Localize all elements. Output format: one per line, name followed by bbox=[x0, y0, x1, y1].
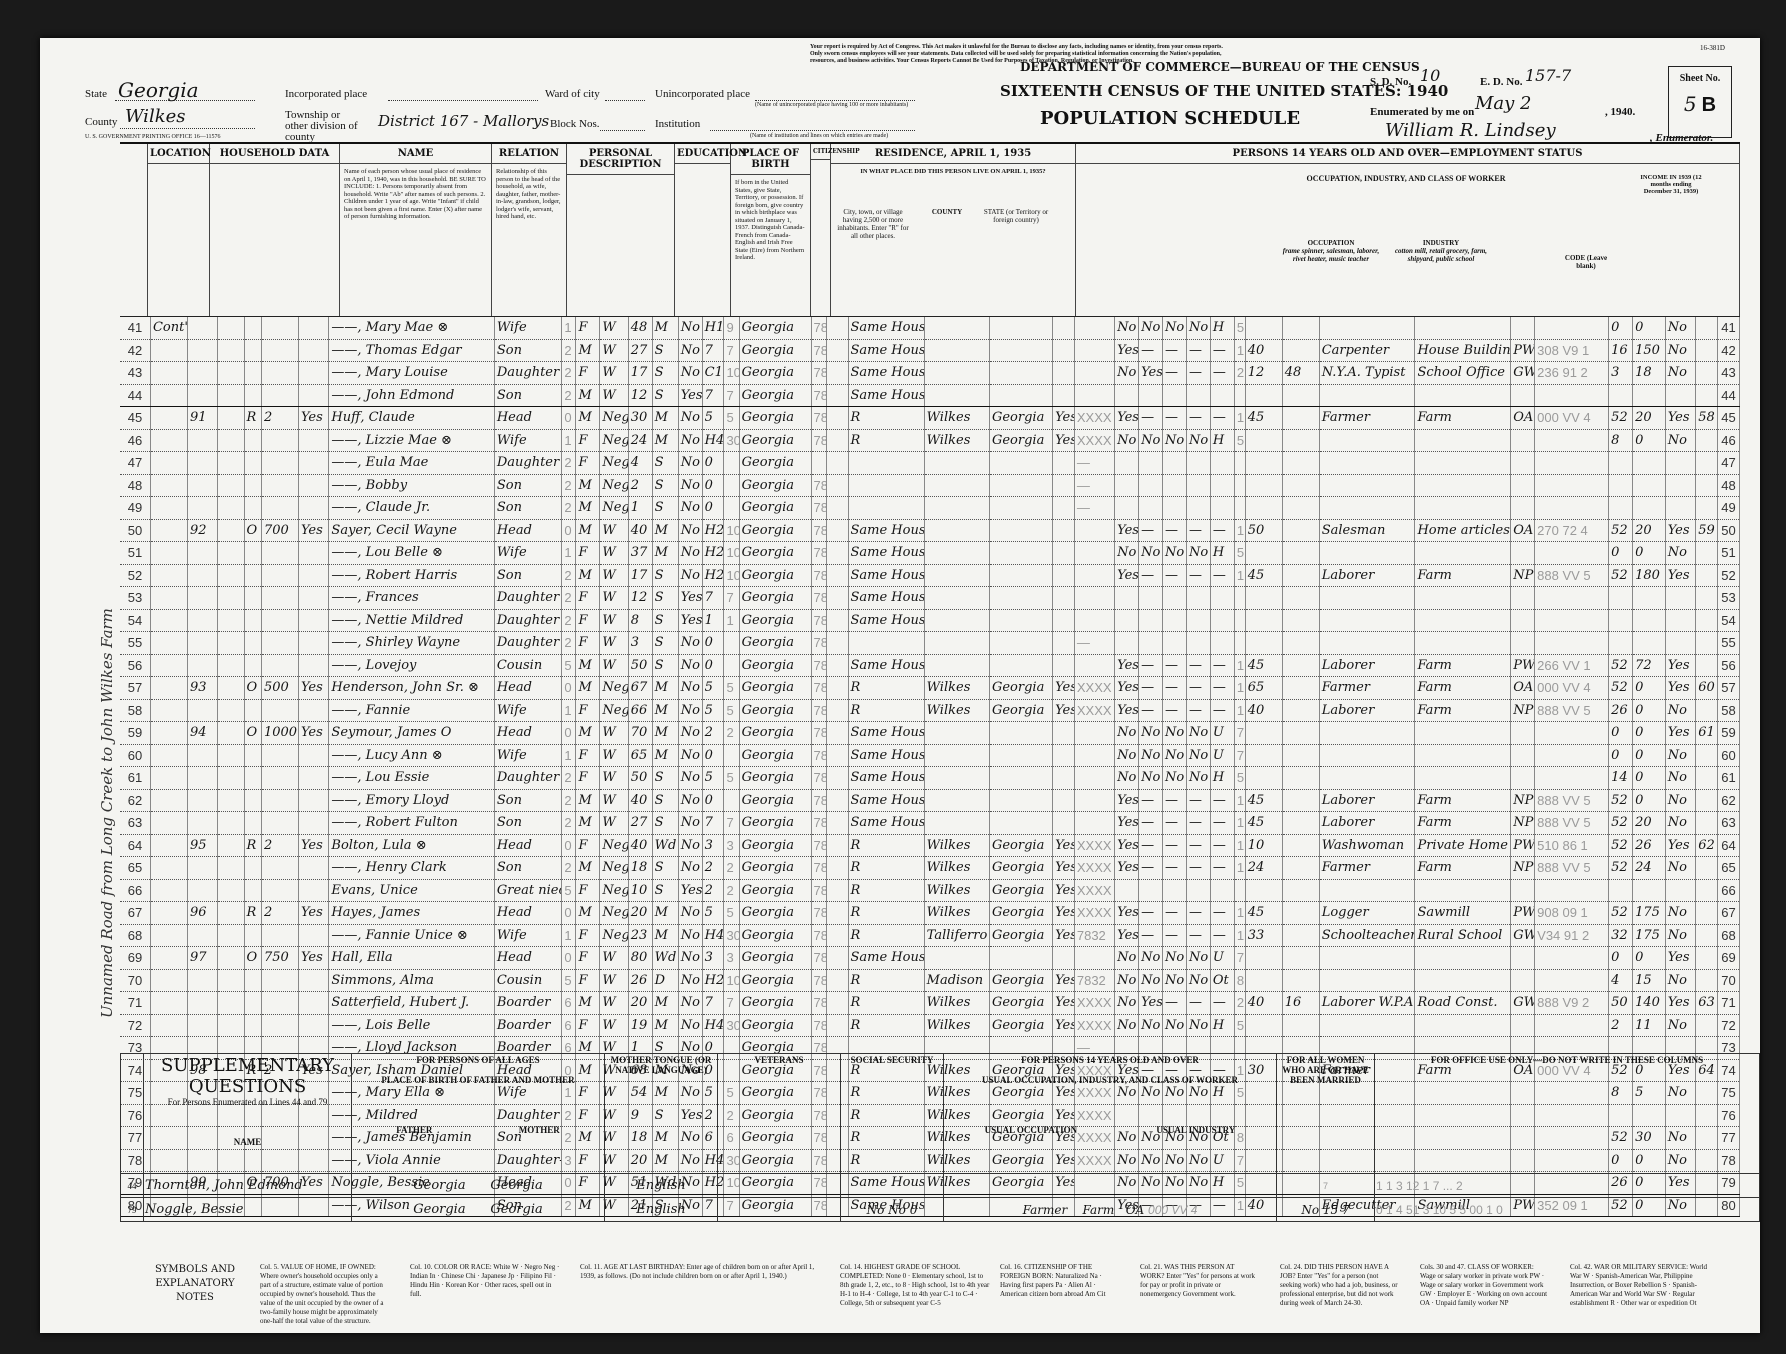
cell-a: 5 bbox=[562, 879, 576, 902]
cell-c33: No bbox=[1665, 1014, 1695, 1037]
cell-street bbox=[150, 992, 187, 1015]
cell-c31: 52 bbox=[1609, 857, 1633, 880]
cell-birth: Georgia bbox=[739, 564, 811, 587]
cell-c21: Yes bbox=[1115, 339, 1139, 362]
cell-cls bbox=[1511, 744, 1535, 767]
cell-birth: Georgia bbox=[739, 542, 811, 565]
cell-res_state bbox=[989, 317, 1052, 339]
cell-c22: No bbox=[1139, 317, 1163, 339]
cell-occ: Laborer bbox=[1319, 654, 1415, 677]
cell-res_county bbox=[924, 744, 989, 767]
cell-b: 9 bbox=[724, 317, 739, 339]
sheet-number: 5 bbox=[1684, 92, 1697, 116]
cell-race: W bbox=[600, 564, 628, 587]
sd-value: 10 bbox=[1420, 66, 1440, 85]
cell-c22: — bbox=[1139, 407, 1163, 430]
cell-c25: U bbox=[1210, 744, 1234, 767]
cell-c24: No bbox=[1186, 722, 1210, 745]
cell-res_city bbox=[848, 452, 924, 475]
location-header: LOCATION bbox=[148, 144, 210, 316]
employment-status-header: PERSONS 14 YEARS OLD AND OVER—EMPLOYMENT… bbox=[1076, 144, 1740, 316]
cell-c33: No bbox=[1665, 789, 1695, 812]
cell-a: 2 bbox=[562, 362, 576, 385]
cell-cit bbox=[826, 992, 848, 1015]
cell-c27 bbox=[1282, 744, 1319, 767]
cell-e bbox=[1234, 497, 1245, 520]
cell-value bbox=[261, 879, 298, 902]
cell-farm bbox=[298, 362, 328, 385]
cell-c: 78 bbox=[811, 632, 826, 655]
cell-c: 78 bbox=[811, 992, 826, 1015]
cell-street bbox=[150, 1014, 187, 1037]
cell-c23 bbox=[1163, 497, 1187, 520]
cell-a: 2 bbox=[562, 632, 576, 655]
cell-ind: Farm bbox=[1415, 812, 1511, 835]
cell-ms: S bbox=[652, 497, 678, 520]
cell-c34: 59 bbox=[1696, 519, 1718, 542]
cell-c34 bbox=[1696, 812, 1718, 835]
cell-res_county bbox=[924, 384, 989, 407]
cell-street bbox=[150, 632, 187, 655]
cell-a: 2 bbox=[562, 587, 576, 610]
cell-c27 bbox=[1282, 722, 1319, 745]
cell-c26: 45 bbox=[1245, 902, 1282, 925]
cell-value bbox=[261, 429, 298, 452]
cell-farm bbox=[298, 699, 328, 722]
cell-a: 0 bbox=[562, 519, 576, 542]
cell-c31: 0 bbox=[1609, 947, 1633, 970]
sheet-side: B bbox=[1702, 94, 1716, 116]
table-row: 6997O750YesHall, EllaHead0FW80WdNo33Geor… bbox=[120, 947, 1740, 970]
cell-cit bbox=[826, 722, 848, 745]
cell-f bbox=[1535, 384, 1609, 407]
cell-c24: — bbox=[1186, 677, 1210, 700]
cell-c31: 14 bbox=[1609, 767, 1633, 790]
cell-c24: No bbox=[1186, 969, 1210, 992]
cell-rel: Boarder bbox=[494, 992, 561, 1015]
cell-c21 bbox=[1115, 384, 1139, 407]
cell-c24: No bbox=[1186, 317, 1210, 339]
cell-grade: 7 bbox=[702, 812, 724, 835]
cell-res_city: R bbox=[848, 969, 924, 992]
cell-c22: No bbox=[1139, 722, 1163, 745]
cell-c26 bbox=[1245, 429, 1282, 452]
cell-occ bbox=[1319, 384, 1415, 407]
cell-c32: 20 bbox=[1633, 519, 1666, 542]
cell-sch: Yes bbox=[678, 609, 702, 632]
cell-c: 78 bbox=[811, 969, 826, 992]
cell-res_county bbox=[924, 519, 989, 542]
cell-race: W bbox=[600, 722, 628, 745]
cell-c34 bbox=[1696, 362, 1718, 385]
cell-d: XXXX bbox=[1074, 407, 1114, 430]
cell-rel: Head bbox=[494, 722, 561, 745]
cell-c: 78 bbox=[811, 609, 826, 632]
cell-c25: — bbox=[1210, 339, 1234, 362]
cell-c25: — bbox=[1210, 564, 1234, 587]
cell-a: 2 bbox=[562, 564, 576, 587]
cell-value bbox=[261, 789, 298, 812]
cell-value: 2 bbox=[261, 407, 298, 430]
cell-occ: Laborer bbox=[1319, 789, 1415, 812]
cell-ind: Rural School bbox=[1415, 924, 1511, 947]
cell-c23: — bbox=[1163, 699, 1187, 722]
cell-res_state bbox=[989, 587, 1052, 610]
cell-ind: School Office bbox=[1415, 362, 1511, 385]
cell-c24: No bbox=[1186, 429, 1210, 452]
cell-house bbox=[187, 384, 217, 407]
cell-rel: Son bbox=[494, 857, 561, 880]
cell-res_county: Wilkes bbox=[924, 857, 989, 880]
cell-f: 000 VV 4 bbox=[1535, 407, 1609, 430]
cell-b: 30 bbox=[724, 1014, 739, 1037]
cell-c34 bbox=[1696, 384, 1718, 407]
cell-race: W bbox=[600, 609, 628, 632]
cell-hh bbox=[218, 587, 244, 610]
cell-cit bbox=[826, 924, 848, 947]
cell-name: ——, Fannie bbox=[329, 699, 494, 722]
cell-c34 bbox=[1696, 564, 1718, 587]
line-number: 53 bbox=[120, 587, 150, 610]
cell-res_city: Same House bbox=[848, 654, 924, 677]
cell-c31 bbox=[1609, 497, 1633, 520]
cell-street bbox=[150, 812, 187, 835]
cell-own: O bbox=[244, 947, 261, 970]
cell-own bbox=[244, 924, 261, 947]
cell-c27: 16 bbox=[1282, 992, 1319, 1015]
cell-res_state: Georgia bbox=[989, 969, 1052, 992]
cell-c25: — bbox=[1210, 519, 1234, 542]
cell-house bbox=[187, 1014, 217, 1037]
cell-grade: 0 bbox=[702, 474, 724, 497]
cell-b: 30 bbox=[724, 924, 739, 947]
sheet-number-box: Sheet No. 5 B bbox=[1668, 66, 1732, 138]
cell-c24 bbox=[1186, 587, 1210, 610]
cell-hh bbox=[218, 452, 244, 475]
cell-cit bbox=[826, 812, 848, 835]
cell-street bbox=[150, 654, 187, 677]
cell-f bbox=[1535, 317, 1609, 339]
cell-d bbox=[1074, 744, 1114, 767]
cell-b: 10 bbox=[724, 519, 739, 542]
cell-cls: OA bbox=[1511, 519, 1535, 542]
cell-age: 2 bbox=[628, 474, 652, 497]
cell-name: Henderson, John Sr. ⊗ bbox=[329, 677, 494, 700]
cell-a: 2 bbox=[562, 609, 576, 632]
cell-occ: Farmer bbox=[1319, 857, 1415, 880]
cell-c34 bbox=[1696, 429, 1718, 452]
cell-c31: 52 bbox=[1609, 789, 1633, 812]
cell-own bbox=[244, 317, 261, 339]
cell-hh bbox=[218, 812, 244, 835]
cell-c23: No bbox=[1163, 947, 1187, 970]
cell-ind: Farm bbox=[1415, 857, 1511, 880]
cell-f: 236 91 2 bbox=[1535, 362, 1609, 385]
cell-e: 1 bbox=[1234, 699, 1245, 722]
cell-ind bbox=[1415, 767, 1511, 790]
cell-c26: 10 bbox=[1245, 834, 1282, 857]
cell-birth: Georgia bbox=[739, 924, 811, 947]
cell-hh bbox=[218, 429, 244, 452]
table-row: 53——, FrancesDaughter2FW12SYes77Georgia7… bbox=[120, 587, 1740, 610]
cell-race: W bbox=[600, 542, 628, 565]
cell-farm bbox=[298, 452, 328, 475]
cell-e: 2 bbox=[1234, 992, 1245, 1015]
line-number: 48 bbox=[1717, 474, 1739, 497]
cell-d: XXXX bbox=[1074, 857, 1114, 880]
cell-c33 bbox=[1665, 879, 1695, 902]
cell-c23: No bbox=[1163, 542, 1187, 565]
cell-farm bbox=[298, 924, 328, 947]
cell-c27 bbox=[1282, 632, 1319, 655]
cell-c: 78 bbox=[811, 947, 826, 970]
cell-occ bbox=[1319, 722, 1415, 745]
cell-c21: No bbox=[1115, 542, 1139, 565]
cell-house bbox=[187, 497, 217, 520]
cell-ms: M bbox=[652, 744, 678, 767]
cell-c24: — bbox=[1186, 407, 1210, 430]
cell-occ bbox=[1319, 632, 1415, 655]
cell-res_farm bbox=[1053, 744, 1075, 767]
cell-f: 888 VV 5 bbox=[1535, 564, 1609, 587]
cell-a: 2 bbox=[562, 384, 576, 407]
cell-sex: M bbox=[576, 722, 600, 745]
line-number: 69 bbox=[1717, 947, 1739, 970]
supplementary-row: 44 Thornton, John Edmond Georgia Georgia… bbox=[121, 1174, 1760, 1198]
cell-res_farm: Yes bbox=[1053, 429, 1075, 452]
cell-a: 6 bbox=[562, 1014, 576, 1037]
supplementary-table: SUPPLEMENTARY QUESTIONSFor Persons Enume… bbox=[120, 1053, 1760, 1222]
cell-c23 bbox=[1163, 879, 1187, 902]
cell-rel: Son bbox=[494, 384, 561, 407]
cell-ind: House Building bbox=[1415, 339, 1511, 362]
cell-c25 bbox=[1210, 587, 1234, 610]
cell-ind bbox=[1415, 497, 1511, 520]
cell-c26: 40 bbox=[1245, 339, 1282, 362]
cell-c31: 52 bbox=[1609, 834, 1633, 857]
cell-c25: — bbox=[1210, 992, 1234, 1015]
personal-description-header: PERSONAL DESCRIPTION bbox=[567, 144, 675, 316]
cell-grade: 7 bbox=[702, 587, 724, 610]
cell-ms: S bbox=[652, 857, 678, 880]
line-number: 55 bbox=[120, 632, 150, 655]
cell-c32 bbox=[1633, 384, 1666, 407]
institution-note: (Name of institution and lines on which … bbox=[750, 133, 888, 139]
cell-c34 bbox=[1696, 789, 1718, 812]
cell-rel: Daughter bbox=[494, 362, 561, 385]
cell-race: W bbox=[600, 969, 628, 992]
cell-c25 bbox=[1210, 474, 1234, 497]
cell-e: 1 bbox=[1234, 654, 1245, 677]
cell-sex: F bbox=[576, 429, 600, 452]
block-label: Block Nos. bbox=[550, 118, 600, 130]
cell-cls bbox=[1511, 317, 1535, 339]
cell-res_farm bbox=[1053, 812, 1075, 835]
cell-occ: Logger bbox=[1319, 902, 1415, 925]
unincorporated-note: (Name of unincorporated place having 100… bbox=[755, 102, 908, 108]
cell-cls: OA bbox=[1511, 407, 1535, 430]
line-number: 41 bbox=[1717, 317, 1739, 339]
cell-farm: Yes bbox=[298, 722, 328, 745]
cell-occ: Laborer bbox=[1319, 699, 1415, 722]
cell-res_state bbox=[989, 384, 1052, 407]
cell-c21: Yes bbox=[1115, 812, 1139, 835]
cell-res_county: Talliferro bbox=[924, 924, 989, 947]
cell-res_state: Georgia bbox=[989, 902, 1052, 925]
table-row: 41Cont'd——, Mary Mae ⊗Wife1FW48MNoH19Geo… bbox=[120, 317, 1740, 339]
cell-cls bbox=[1511, 767, 1535, 790]
cell-res_county: Wilkes bbox=[924, 1014, 989, 1037]
cell-grade: 2 bbox=[702, 857, 724, 880]
cell-birth: Georgia bbox=[739, 677, 811, 700]
cell-grade: C1 bbox=[702, 362, 724, 385]
line-number: 72 bbox=[120, 1014, 150, 1037]
cell-f: 888 V9 2 bbox=[1535, 992, 1609, 1015]
cell-value: 1000 bbox=[261, 722, 298, 745]
cell-c23: — bbox=[1163, 407, 1187, 430]
cell-c31: 0 bbox=[1609, 744, 1633, 767]
cell-c32 bbox=[1633, 632, 1666, 655]
cell-name: ——, Robert Fulton bbox=[329, 812, 494, 835]
name-header: NAMEName of each person whose usual plac… bbox=[340, 144, 492, 316]
cell-sex: M bbox=[576, 339, 600, 362]
cell-sex: M bbox=[576, 812, 600, 835]
cell-farm bbox=[298, 429, 328, 452]
supplementary-title: SUPPLEMENTARY QUESTIONS bbox=[145, 1055, 350, 1097]
cell-e: 7 bbox=[1234, 947, 1245, 970]
cell-d bbox=[1074, 812, 1114, 835]
line-number: 54 bbox=[1717, 609, 1739, 632]
cell-res_farm bbox=[1053, 722, 1075, 745]
cell-own bbox=[244, 429, 261, 452]
cell-c27 bbox=[1282, 902, 1319, 925]
cell-occ: Salesman bbox=[1319, 519, 1415, 542]
cell-c32: 150 bbox=[1633, 339, 1666, 362]
cell-c22: — bbox=[1139, 812, 1163, 835]
cell-occ bbox=[1319, 429, 1415, 452]
cell-ind bbox=[1415, 587, 1511, 610]
cell-house: 94 bbox=[187, 722, 217, 745]
incorporated-place-label: Incorporated place bbox=[285, 88, 367, 100]
cell-occ bbox=[1319, 317, 1415, 339]
cell-cit bbox=[826, 947, 848, 970]
cell-c27 bbox=[1282, 317, 1319, 339]
cell-sch: No bbox=[678, 902, 702, 925]
cell-c26: 45 bbox=[1245, 812, 1282, 835]
cell-a: 0 bbox=[562, 407, 576, 430]
cell-c21: Yes bbox=[1115, 677, 1139, 700]
cell-value: 500 bbox=[261, 677, 298, 700]
cell-value bbox=[261, 857, 298, 880]
cell-own bbox=[244, 384, 261, 407]
cell-b bbox=[724, 789, 739, 812]
cell-cls bbox=[1511, 1014, 1535, 1037]
cell-e bbox=[1234, 879, 1245, 902]
cell-c26 bbox=[1245, 317, 1282, 339]
cell-c23 bbox=[1163, 452, 1187, 475]
cell-res_city: R bbox=[848, 857, 924, 880]
cell-c23: — bbox=[1163, 677, 1187, 700]
printing-office: U. S. GOVERNMENT PRINTING OFFICE 16—1157… bbox=[85, 134, 221, 140]
line-number: 72 bbox=[1717, 1014, 1739, 1037]
cell-res_farm bbox=[1053, 632, 1075, 655]
cell-hh bbox=[218, 924, 244, 947]
cell-name: Simmons, Alma bbox=[329, 969, 494, 992]
cell-res_city: Same House bbox=[848, 812, 924, 835]
cell-c33: Yes bbox=[1665, 992, 1695, 1015]
cell-c34 bbox=[1696, 339, 1718, 362]
cell-c: 78 bbox=[811, 789, 826, 812]
line-number: 51 bbox=[120, 542, 150, 565]
cell-c22: — bbox=[1139, 857, 1163, 880]
cell-res_farm: Yes bbox=[1053, 834, 1075, 857]
cell-ind bbox=[1415, 632, 1511, 655]
cell-birth: Georgia bbox=[739, 609, 811, 632]
cell-ms: S bbox=[652, 879, 678, 902]
cell-ms: S bbox=[652, 362, 678, 385]
cell-name: ——, Lois Belle bbox=[329, 1014, 494, 1037]
cell-e bbox=[1234, 384, 1245, 407]
cell-f: 510 86 1 bbox=[1535, 834, 1609, 857]
cell-c21: No bbox=[1115, 362, 1139, 385]
cell-res_county bbox=[924, 947, 989, 970]
cell-street bbox=[150, 564, 187, 587]
cell-c31: 52 bbox=[1609, 519, 1633, 542]
cell-a: 6 bbox=[562, 992, 576, 1015]
cell-c21 bbox=[1115, 474, 1139, 497]
cell-cls bbox=[1511, 722, 1535, 745]
cell-e: 5 bbox=[1234, 542, 1245, 565]
cell-res_county: Wilkes bbox=[924, 429, 989, 452]
cell-age: 17 bbox=[628, 362, 652, 385]
table-row: 6796R2YesHayes, JamesHead0MNeg20MNo55Geo… bbox=[120, 902, 1740, 925]
cell-cls: NP bbox=[1511, 812, 1535, 835]
cell-farm bbox=[298, 339, 328, 362]
cell-c23: — bbox=[1163, 812, 1187, 835]
sd-label: S. D. No. bbox=[1370, 76, 1411, 88]
cell-house bbox=[187, 744, 217, 767]
cell-e: 1 bbox=[1234, 407, 1245, 430]
cell-c21: Yes bbox=[1115, 407, 1139, 430]
cell-c34 bbox=[1696, 632, 1718, 655]
cell-res_state bbox=[989, 722, 1052, 745]
cell-b: 5 bbox=[724, 902, 739, 925]
cell-c24: No bbox=[1186, 947, 1210, 970]
line-number: 64 bbox=[120, 834, 150, 857]
cell-hh bbox=[218, 519, 244, 542]
cell-a: 1 bbox=[562, 542, 576, 565]
cell-c31 bbox=[1609, 587, 1633, 610]
cell-house bbox=[187, 879, 217, 902]
line-number: 71 bbox=[1717, 992, 1739, 1015]
cell-birth: Georgia bbox=[739, 362, 811, 385]
cell-res_state bbox=[989, 812, 1052, 835]
cell-c33: No bbox=[1665, 542, 1695, 565]
cell-farm: Yes bbox=[298, 834, 328, 857]
cell-c34: 63 bbox=[1696, 992, 1718, 1015]
ed-value: 157-7 bbox=[1525, 66, 1571, 85]
cell-c34 bbox=[1696, 879, 1718, 902]
cell-name: ——, Lizzie Mae ⊗ bbox=[329, 429, 494, 452]
cell-sch: No bbox=[678, 497, 702, 520]
cell-own: O bbox=[244, 677, 261, 700]
line-number: 62 bbox=[1717, 789, 1739, 812]
cell-grade: 0 bbox=[702, 497, 724, 520]
cell-c25 bbox=[1210, 452, 1234, 475]
cell-c21: Yes bbox=[1115, 902, 1139, 925]
cell-c22: — bbox=[1139, 654, 1163, 677]
cell-c24: — bbox=[1186, 699, 1210, 722]
